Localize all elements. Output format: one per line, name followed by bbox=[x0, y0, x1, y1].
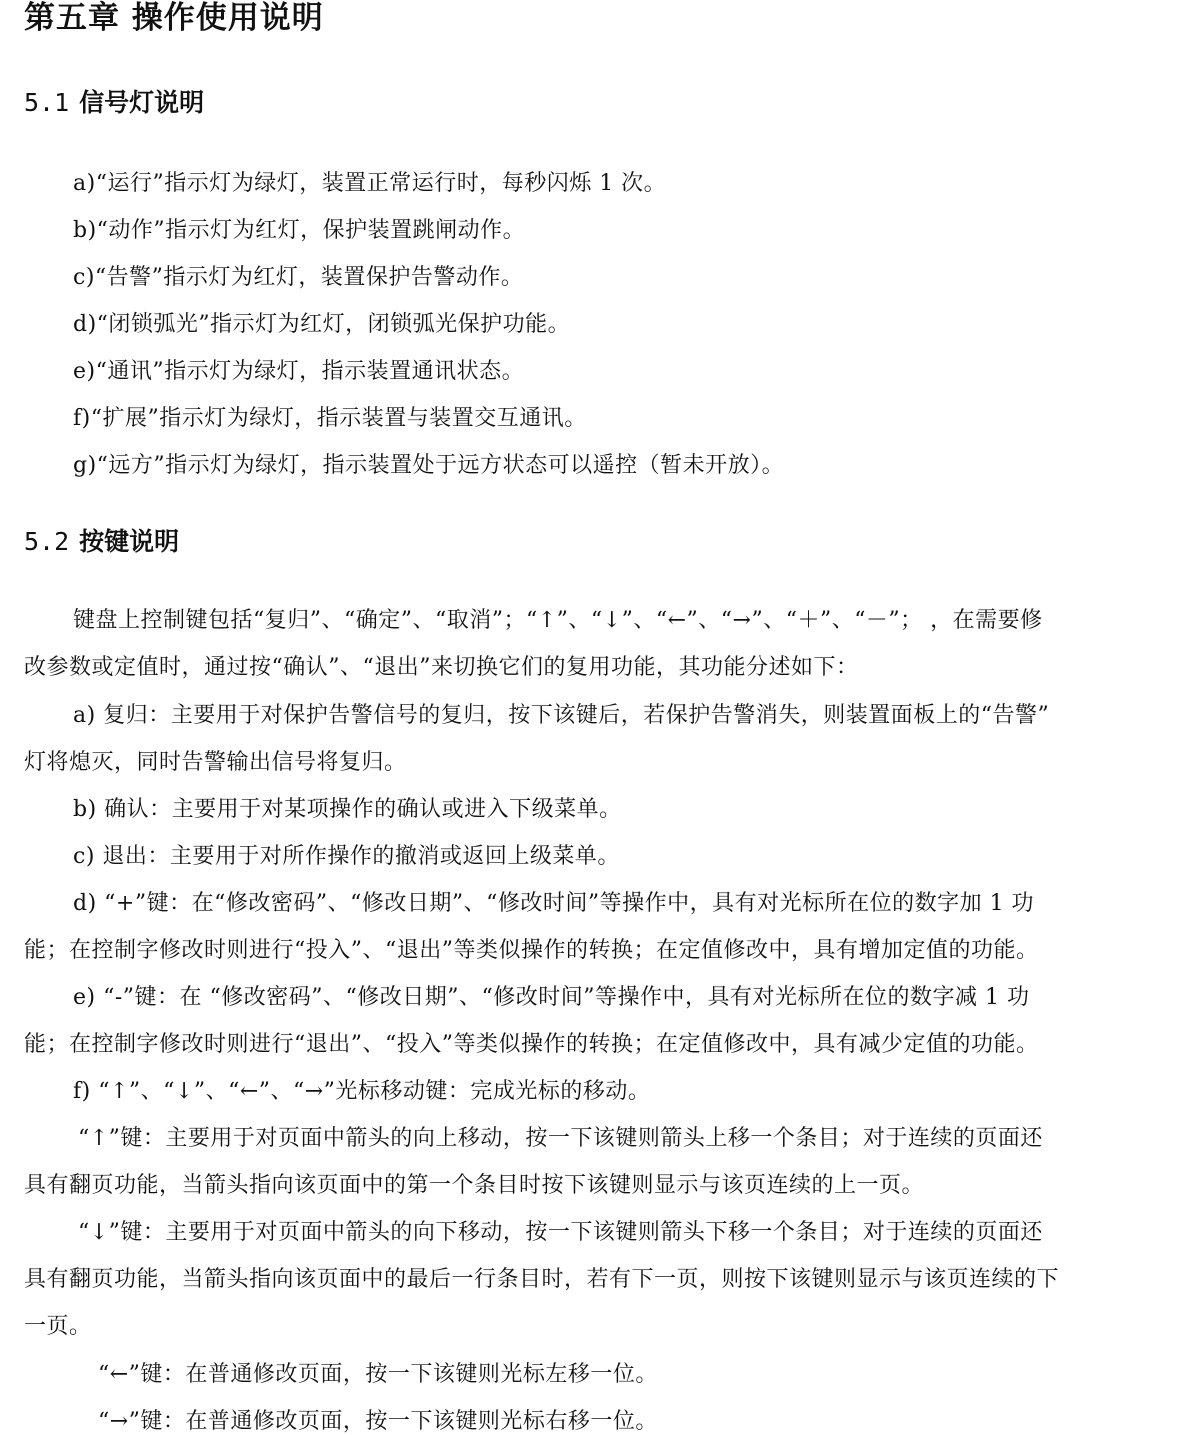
key-reset-line-1: a) 复归：主要用于对保护告警信号的复归，按下该键后，若保护告警消失，则装置面板… bbox=[73, 702, 1049, 730]
signal-item-f: f)“扩展”指示灯为绿灯，指示装置与装置交互通讯。 bbox=[73, 405, 587, 433]
signal-item-b: b)“动作”指示灯为红灯，保护装置跳闸动作。 bbox=[73, 217, 525, 245]
section-number: 5.2 bbox=[24, 527, 69, 556]
section-title-5-2: 5.2按键说明 bbox=[24, 527, 179, 557]
key-plus-line-2: 能；在控制字修改时则进行“投入”、“退出”等类似操作的转换；在定值修改中，具有增… bbox=[24, 937, 1039, 965]
key-left: “←”键：在普通修改页面，按一下该键则光标左移一位。 bbox=[98, 1361, 658, 1389]
signal-item-e: e)“通讯”指示灯为绿灯，指示装置通讯状态。 bbox=[73, 358, 524, 386]
key-minus-line-2: 能；在控制字修改时则进行“退出”、“投入”等类似操作的转换；在定值修改中，具有减… bbox=[24, 1031, 1039, 1059]
key-intro-line-2: 改参数或定值时，通过按“确认”、“退出”来切换它们的复用功能，其功能分述如下： bbox=[24, 654, 859, 682]
chapter-title: 第五章 操作使用说明 bbox=[24, 0, 324, 36]
key-down-line-2: 具有翻页功能，当箭头指向该页面中的最后一行条目时，若有下一页，则按下该键则显示与… bbox=[24, 1266, 1059, 1294]
signal-item-d: d)“闭锁弧光”指示灯为红灯，闭锁弧光保护功能。 bbox=[73, 311, 570, 339]
signal-item-g: g)“远方”指示灯为绿灯，指示装置处于远方状态可以遥控（暂未开放）。 bbox=[73, 452, 784, 480]
key-reset-line-2: 灯将熄灭，同时告警输出信号将复归。 bbox=[24, 749, 407, 777]
section-number: 5.1 bbox=[24, 88, 69, 117]
key-exit: c) 退出：主要用于对所作操作的撤消或返回上级菜单。 bbox=[73, 843, 620, 871]
key-down-line-3: 一页。 bbox=[24, 1313, 92, 1341]
signal-item-a: a)“运行”指示灯为绿灯，装置正常运行时，每秒闪烁 1 次。 bbox=[73, 170, 666, 198]
key-down-line-1: “↓”键：主要用于对页面中箭头的向下移动，按一下该键则箭头下移一个条目；对于连续… bbox=[78, 1219, 1043, 1247]
key-minus-line-1: e) “-”键：在 “修改密码”、“修改日期”、“修改时间”等操作中，具有对光标… bbox=[73, 984, 1030, 1012]
key-confirm: b) 确认：主要用于对某项操作的确认或进入下级菜单。 bbox=[73, 796, 622, 824]
key-right: “→”键：在普通修改页面，按一下该键则光标右移一位。 bbox=[98, 1408, 658, 1435]
section-heading: 按键说明 bbox=[79, 527, 179, 556]
key-intro-line-1: 键盘上控制键包括“复归”、“确定”、“取消”；“↑”、“↓”、“←”、“→”、“… bbox=[73, 607, 1043, 635]
key-plus-line-1: d) “+”键：在“修改密码”、“修改日期”、“修改时间”等操作中，具有对光标所… bbox=[73, 890, 1034, 918]
section-title-5-1: 5.1信号灯说明 bbox=[24, 88, 204, 118]
section-heading: 信号灯说明 bbox=[79, 88, 204, 117]
key-up-line-2: 具有翻页功能，当箭头指向该页面中的第一个条目时按下该键则显示与该页连续的上一页。 bbox=[24, 1172, 924, 1200]
key-arrows: f) “↑”、“↓”、“←”、“→”光标移动键：完成光标的移动。 bbox=[73, 1078, 650, 1106]
signal-item-c: c)“告警”指示灯为红灯，装置保护告警动作。 bbox=[73, 264, 523, 292]
key-up-line-1: “↑”键：主要用于对页面中箭头的向上移动，按一下该键则箭头上移一个条目；对于连续… bbox=[78, 1125, 1043, 1153]
